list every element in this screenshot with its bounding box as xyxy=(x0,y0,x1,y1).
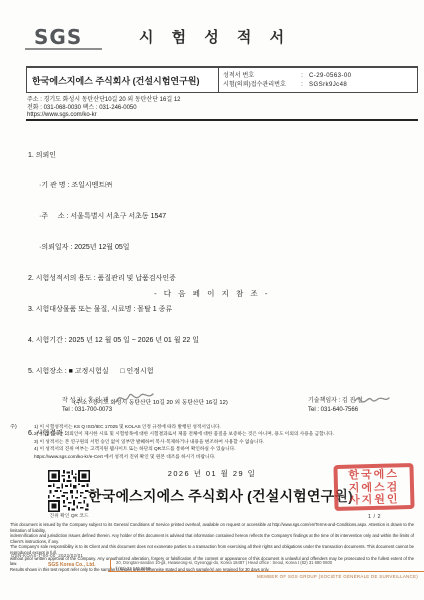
notes-label: 주) xyxy=(10,423,17,430)
report-number-label: 성적서 번호 xyxy=(223,71,295,80)
footer-address: 20, Dongtan-sandan 10-gil, Hwaseong-si, … xyxy=(116,560,420,571)
item-test-period: 4. 시험기간 : 2025 년 12 월 05 일 ~ 2026 년 01 월… xyxy=(28,336,228,346)
form-code: GSN-KOAS-T-00-00_2022/02/01 xyxy=(11,553,83,558)
page-number: 1 / 2 xyxy=(368,514,381,520)
colon: : xyxy=(295,71,309,80)
note-line: 1) 이 시험성적서는 KS Q ISO/IEC 17025 및 KOLAS 인… xyxy=(34,423,420,430)
approver-signature xyxy=(352,390,392,412)
header-divider xyxy=(26,119,418,121)
writer-signer-block: 작 성 자 : 홍 인 재 Tel : 031-700-0073 xyxy=(62,397,112,414)
footer-member-of-sgs: MEMBER OF SGS GROUP (SOCIÉTÉ GÉNÉRALE DE… xyxy=(116,574,418,579)
footer-company: SGS Korea Co., Ltd. xyxy=(48,562,96,568)
issuing-company-name: 한국에스지에스 주식회사 (건설시험연구원) xyxy=(88,486,353,506)
note-line: 4) 이 성적서의 진위 여부는 고객지원 웹사이트 또는 하단의 QR코드를 … xyxy=(34,445,420,452)
corporate-seal-stamp: 한국에스 지에스검 사지원인 xyxy=(333,463,414,511)
seal-text-row: 지에스검 xyxy=(349,481,400,493)
report-info-table: 한국에스지에스 주식회사 (건설시험연구원) 성적서 번호 : C-29-056… xyxy=(26,66,418,93)
note-verification-url: https://www.sgs.com/ko-kr/e-Cert 에서 성적서 … xyxy=(34,453,420,460)
item-test-location: 5. 시험장소 : ■ 고정시험실 □ 인정시험 xyxy=(28,367,228,377)
sgs-logo: SGS xyxy=(34,25,82,49)
colon: : xyxy=(295,80,309,89)
lab-address-line: 주소 : 경기도 화성시 동탄산단10길 20 외 동탄산단 16길 12 xyxy=(27,97,181,105)
notes-block: 1) 이 시험성적서는 KS Q ISO/IEC 17025 및 KOLAS 인… xyxy=(34,423,420,460)
item-client-address: ·주 소 : 서울특별시 서초구 서초동 1547 xyxy=(28,212,228,222)
verification-qr-code xyxy=(48,470,90,512)
item-client-org: ·기 관 명 : 조일시멘트㈜ xyxy=(28,181,228,191)
lab-address-block: 주소 : 경기도 화성시 동탄산단10길 20 외 동탄산단 16길 12 전화… xyxy=(27,97,181,120)
note-line: 3) 이 성적서는 본 연구원의 서면 승인 없이 일부만 발췌하여 복사·복제… xyxy=(34,438,420,445)
footer-divider-vertical xyxy=(110,559,111,571)
report-meta: 성적서 번호 : C-29-0563-00 시험(의뢰)접수관리번호 : SGS… xyxy=(218,68,417,92)
page-title: 시 험 성 적 서 xyxy=(125,26,305,47)
seal-text-row: 한국에스 xyxy=(348,469,399,481)
report-number-value: C-29-0563-00 xyxy=(309,71,351,80)
qr-caption: 진위 확인 QR 코드 xyxy=(33,512,105,519)
receipt-number-value: SGSrk9Jc48 xyxy=(309,80,347,89)
writer-signature xyxy=(114,388,156,410)
issue-date: 2026 년 01 월 29 일 xyxy=(112,468,312,479)
item-client-heading: 1. 의뢰인 xyxy=(28,151,228,161)
report-number-row: 성적서 번호 : C-29-0563-00 xyxy=(219,71,417,80)
fineprint-line: indemnification and jurisdiction issues … xyxy=(10,533,414,544)
footer-divider-horizontal xyxy=(108,571,424,572)
seal-text-row: 사지원인 xyxy=(349,493,400,505)
receipt-number-label: 시험(의뢰)접수관리번호 xyxy=(223,80,295,89)
lab-phone-line: 전화 : 031-068-0030 팩스 : 031-246-0050 xyxy=(27,105,181,113)
test-report-page: SGS 시 험 성 적 서 한국에스지에스 주식회사 (건설시험연구원) 성적서… xyxy=(0,0,424,600)
receipt-number-row: 시험(의뢰)접수관리번호 : SGSrk9Jc48 xyxy=(219,80,417,89)
writer-name: 작 성 자 : 홍 인 재 xyxy=(62,397,112,406)
logo-underline xyxy=(25,48,102,50)
item-sample-name: 3. 시험대상물품 또는 물질, 시료명 : 몰탈 1 종류 xyxy=(28,305,228,315)
item-purpose: 2. 시험성적서의 용도 : 품질관리 및 납품검사인증 xyxy=(28,274,228,284)
writer-tel: Tel : 031-700-0073 xyxy=(62,406,112,415)
fineprint-line: This document is issued by the Company s… xyxy=(10,522,414,533)
note-line: 2) 이 성적서는 의뢰인이 제시한 시료 및 시험항목에 대한 시험결과로서 … xyxy=(34,430,420,437)
next-page-note: - 다 음 페 이 지 참 조 - xyxy=(0,288,424,299)
item-request-date: ·의뢰일자 : 2025년 12월 05일 xyxy=(28,243,228,253)
issuer-name: 한국에스지에스 주식회사 (건설시험연구원) xyxy=(27,68,218,92)
